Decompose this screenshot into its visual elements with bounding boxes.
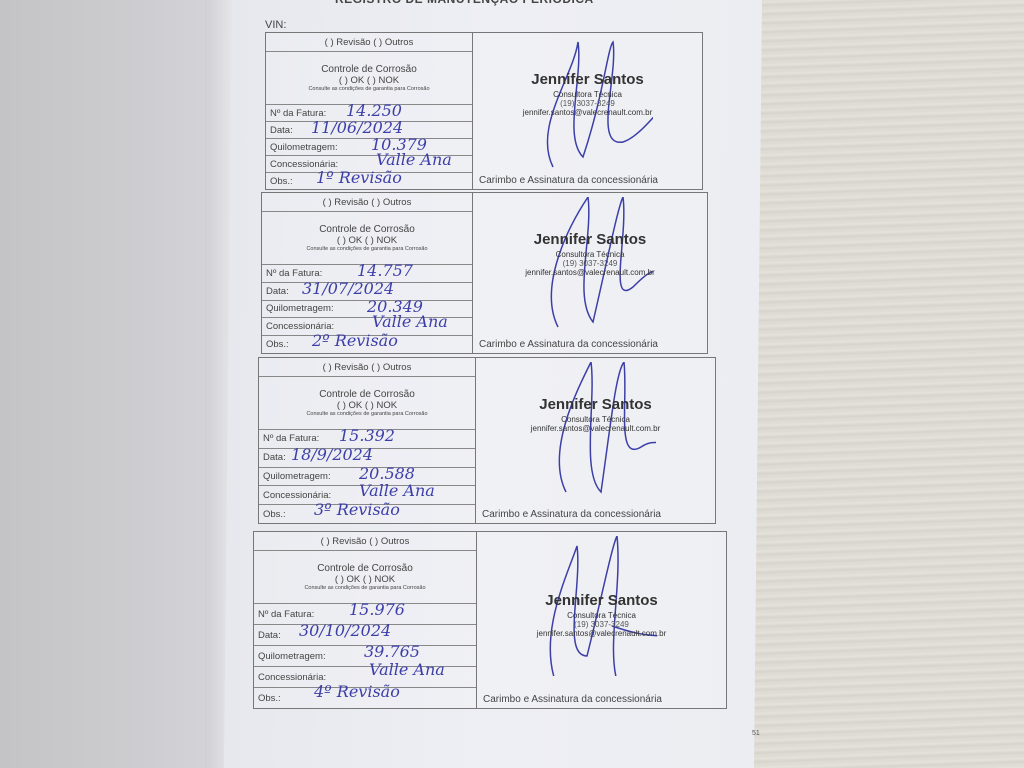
stamp-signature-label: Carimbo e Assinatura da concessionária (479, 175, 658, 186)
mileage-label: Quilometragem: (258, 651, 326, 662)
date-label: Data: (258, 630, 281, 641)
maintenance-record: ( ) Revisão ( ) Outros Controle de Corro… (258, 357, 716, 524)
dealer-value: Valle Ana (376, 150, 452, 169)
invoice-label: Nº da Fatura: (266, 268, 322, 279)
stamp-email: jennifer.santos@valecrenault.com.br (477, 629, 726, 638)
corrosion-options: ( ) OK ( ) NOK (337, 400, 397, 411)
record-fields: ( ) Revisão ( ) Outros Controle de Corro… (254, 532, 477, 708)
stamp-area: Jennifer Santos Consultora Técnica (19) … (473, 33, 702, 189)
invoice-label: Nº da Fatura: (263, 433, 319, 444)
date-value: 31/07/2024 (302, 279, 394, 298)
stamp-signature-label: Carimbo e Assinatura da concessionária (482, 509, 661, 520)
date-field: Data:11/06/2024 (266, 122, 472, 139)
corrosion-control: Controle de Corrosão ( ) OK ( ) NOK Cons… (259, 377, 475, 430)
corrosion-note: Consulte as condições de garantia para C… (304, 585, 425, 591)
corrosion-title: Controle de Corrosão (319, 224, 415, 235)
stamp-name: Jennifer Santos (476, 396, 715, 413)
obs-value: 1º Revisão (316, 168, 402, 187)
obs-value: 2º Revisão (312, 331, 398, 350)
date-label: Data: (263, 452, 286, 463)
service-type-options: ( ) Revisão ( ) Outros (259, 358, 475, 377)
stamp-email: jennifer.santos@valecrenault.com.br (476, 424, 715, 433)
mileage-label: Quilometragem: (270, 142, 338, 153)
stamp-phone: (19) 3037-3249 (473, 99, 702, 108)
corrosion-note: Consulte as condições de garantia para C… (308, 86, 429, 92)
corrosion-title: Controle de Corrosão (317, 563, 413, 574)
mileage-label: Quilometragem: (263, 471, 331, 482)
corrosion-title: Controle de Corrosão (321, 64, 417, 75)
mileage-value: 39.765 (364, 642, 420, 661)
corrosion-control: Controle de Corrosão ( ) OK ( ) NOK Cons… (262, 212, 472, 265)
obs-field: Obs.:4º Revisão (254, 688, 476, 708)
obs-field: Obs.:1º Revisão (266, 173, 472, 189)
dealer-stamp: Jennifer Santos Consultora Técnica jenni… (476, 396, 715, 433)
corrosion-control: Controle de Corrosão ( ) OK ( ) NOK Cons… (254, 551, 476, 604)
corrosion-note: Consulte as condições de garantia para C… (306, 411, 427, 417)
vin-label: VIN: (265, 19, 286, 31)
date-value: 30/10/2024 (299, 621, 391, 640)
wooden-table-background (740, 0, 1024, 768)
corrosion-title: Controle de Corrosão (319, 389, 415, 400)
dealer-value: Valle Ana (369, 660, 445, 679)
obs-label: Obs.: (270, 176, 293, 187)
dealer-stamp: Jennifer Santos Consultora Técnica (19) … (477, 592, 726, 638)
dealer-label: Concessionária: (258, 672, 326, 683)
invoice-label: Nº da Fatura: (270, 108, 326, 119)
stamp-name: Jennifer Santos (473, 71, 702, 88)
obs-value: 4º Revisão (314, 682, 400, 701)
obs-field: Obs.:3º Revisão (259, 505, 475, 523)
invoice-value: 14.757 (357, 261, 413, 280)
stamp-name: Jennifer Santos (477, 592, 726, 609)
service-type-options: ( ) Revisão ( ) Outros (262, 193, 472, 212)
dealer-stamp: Jennifer Santos Consultora Técnica (19) … (473, 71, 702, 117)
page-number: 51 (752, 730, 760, 737)
stamp-role: Consultora Técnica (477, 611, 726, 620)
obs-label: Obs.: (258, 693, 281, 704)
stamp-role: Consultora Técnica (473, 250, 707, 259)
stamp-area: Jennifer Santos Consultora Técnica (19) … (473, 193, 707, 353)
stamp-phone: (19) 3037-3249 (477, 620, 726, 629)
invoice-value: 15.392 (339, 426, 395, 445)
maintenance-record: ( ) Revisão ( ) Outros Controle de Corro… (261, 192, 708, 354)
date-value: 18/9/2024 (291, 445, 373, 464)
dealer-label: Concessionária: (263, 490, 331, 501)
date-label: Data: (270, 125, 293, 136)
stamp-email: jennifer.santos@valecrenault.com.br (473, 108, 702, 117)
left-page (0, 0, 232, 768)
corrosion-options: ( ) OK ( ) NOK (335, 574, 395, 585)
obs-field: Obs.:2º Revisão (262, 336, 472, 353)
dealer-stamp: Jennifer Santos Consultora Técnica (19) … (473, 231, 707, 277)
corrosion-control: Controle de Corrosão ( ) OK ( ) NOK Cons… (266, 52, 472, 105)
record-fields: ( ) Revisão ( ) Outros Controle de Corro… (259, 358, 476, 523)
invoice-label: Nº da Fatura: (258, 609, 314, 620)
obs-value: 3º Revisão (314, 500, 400, 519)
dealer-value: Valle Ana (372, 312, 448, 331)
stamp-signature-label: Carimbo e Assinatura da concessionária (479, 339, 658, 350)
service-type-options: ( ) Revisão ( ) Outros (266, 33, 472, 52)
dealer-value: Valle Ana (359, 481, 435, 500)
document-title: REGISTRO DE MANUTENÇÃO PERIÓDICA (335, 0, 594, 6)
stamp-signature-label: Carimbo e Assinatura da concessionária (483, 694, 662, 705)
stamp-role: Consultora Técnica (473, 90, 702, 99)
maintenance-record: ( ) Revisão ( ) Outros Controle de Corro… (265, 32, 703, 190)
corrosion-options: ( ) OK ( ) NOK (339, 75, 399, 86)
invoice-value: 15.976 (349, 600, 405, 619)
stamp-area: Jennifer Santos Consultora Técnica (19) … (477, 532, 726, 708)
maintenance-record: ( ) Revisão ( ) Outros Controle de Corro… (253, 531, 727, 709)
service-type-options: ( ) Revisão ( ) Outros (254, 532, 476, 551)
corrosion-options: ( ) OK ( ) NOK (337, 235, 397, 246)
stamp-name: Jennifer Santos (473, 231, 707, 248)
stamp-area: Jennifer Santos Consultora Técnica jenni… (476, 358, 715, 523)
obs-label: Obs.: (263, 509, 286, 520)
mileage-value: 20.588 (359, 464, 415, 483)
mileage-label: Quilometragem: (266, 303, 334, 314)
obs-label: Obs.: (266, 339, 289, 350)
stamp-phone: (19) 3037-3249 (473, 259, 707, 268)
corrosion-note: Consulte as condições de garantia para C… (306, 246, 427, 252)
stamp-email: jennifer.santos@valecrenault.com.br (473, 268, 707, 277)
record-fields: ( ) Revisão ( ) Outros Controle de Corro… (262, 193, 473, 353)
record-fields: ( ) Revisão ( ) Outros Controle de Corro… (266, 33, 473, 189)
date-label: Data: (266, 286, 289, 297)
stamp-role: Consultora Técnica (476, 415, 715, 424)
